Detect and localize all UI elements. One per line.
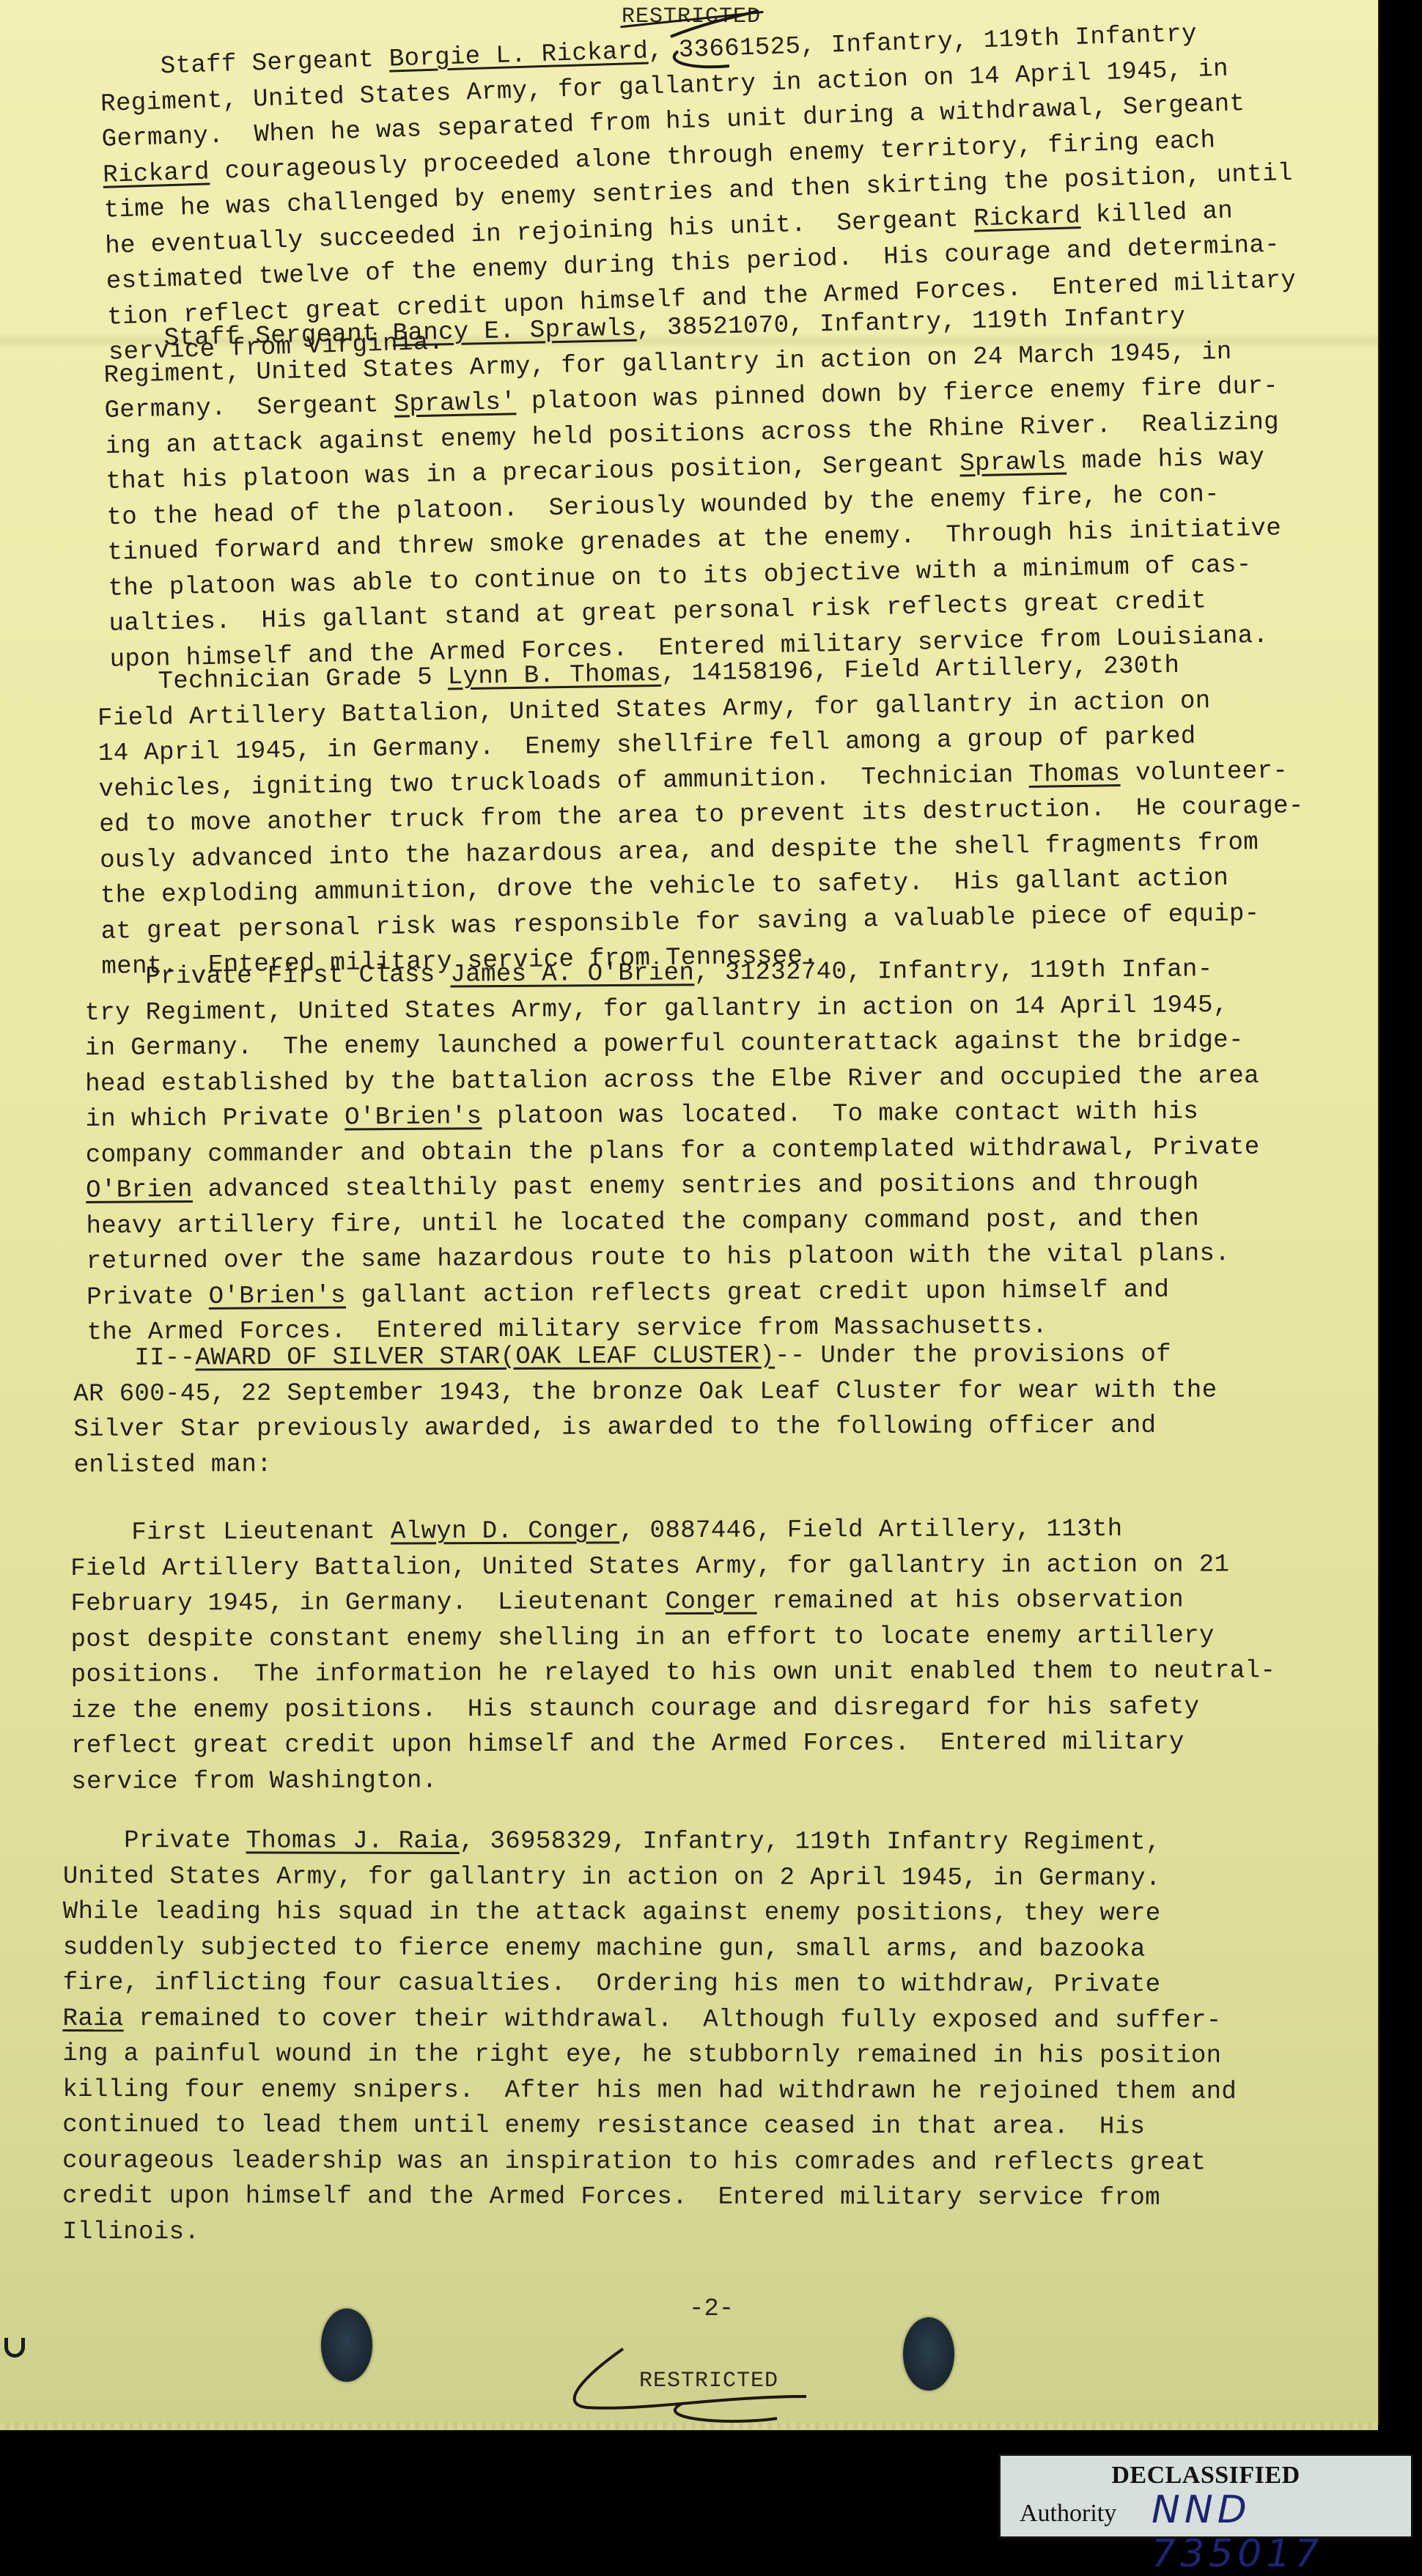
text-line: positions. The information he relayed to… <box>71 1653 1303 1693</box>
document-page: RESTRICTED Staff Sergeant Borgie L. Rick… <box>0 0 1379 2426</box>
citation-paragraph-sprawls: Staff Sergeant Bancy E. Sprawls, 3852107… <box>103 297 1341 678</box>
page-number: -2- <box>689 2295 734 2323</box>
edge-punch-mark <box>4 2338 25 2358</box>
text-line: credit upon himself and the Armed Forces… <box>62 2179 1294 2216</box>
authority-value: NND 735017 <box>1152 2488 1411 2527</box>
text-line: continued to lead them until enemy resis… <box>62 2108 1294 2145</box>
underlined-name: Sprawls' <box>394 388 516 418</box>
declassified-title: DECLASSIFIED <box>1001 2462 1411 2490</box>
punch-hole <box>903 2317 954 2391</box>
punch-hole <box>321 2309 372 2382</box>
citation-paragraph-thomas: Technician Grade 5 Lynn B. Thomas, 14158… <box>97 646 1333 986</box>
text-line: Illinois. <box>62 2214 1294 2251</box>
underlined-name: Sprawls <box>959 449 1066 479</box>
text-line: Raia remained to cover their withdrawal.… <box>62 2001 1294 2038</box>
text-line: post despite constant enemy shelling in … <box>71 1618 1303 1658</box>
underlined-name: Conger <box>666 1588 757 1616</box>
text-line: United States Army, for gallantry in act… <box>63 1859 1294 1897</box>
underlined-name: Thomas <box>1028 760 1120 789</box>
underlined-name: Rickard <box>973 202 1081 234</box>
underlined-name: O'Brien <box>86 1176 193 1205</box>
text-line: enlisted man: <box>74 1444 1305 1483</box>
text-line: Field Artillery Battalion, United States… <box>70 1547 1302 1587</box>
declassified-label: DECLASSIFIED Authority NND 735017 <box>998 2454 1413 2527</box>
underlined-name: Borgie L. Rickard <box>388 37 649 73</box>
text-line: First Lieutenant Alwyn D. Conger, 088744… <box>70 1511 1302 1551</box>
underlined-name: Bancy E. Sprawls <box>392 315 637 348</box>
text-line: suddenly subjected to fierce enemy machi… <box>63 1930 1294 1967</box>
footer-restricted-stamp: RESTRICTED <box>639 2369 778 2394</box>
underlined-name: Rickard <box>103 158 210 190</box>
text-line: courageous leadership was an inspiration… <box>62 2143 1294 2180</box>
underlined-name: Lynn B. Thomas <box>448 660 662 692</box>
underlined-name: O'Brien's <box>209 1282 346 1310</box>
text-line: fire, inflicting four casualties. Orderi… <box>63 1966 1294 2003</box>
underlined-name: Raia <box>63 2004 124 2032</box>
text-line: Private Thomas J. Raia, 36958329, Infant… <box>63 1823 1294 1861</box>
citation-paragraph-obrien: Private First Class James A. O'Brien, 31… <box>84 951 1319 1351</box>
text-line: ize the enemy positions. His staunch cou… <box>71 1689 1303 1729</box>
text-line: AR 600-45, 22 September 1943, the bronze… <box>73 1373 1305 1412</box>
underlined-name: O'Brien's <box>345 1103 482 1132</box>
text-line: ing a painful wound in the right eye, he… <box>62 2037 1294 2074</box>
text-line: While leading his squad in the attack ag… <box>63 1894 1294 1932</box>
section-ii-paragraph: II--AWARD OF SILVER STAR(OAK LEAF CLUSTE… <box>73 1337 1305 1483</box>
underlined-name: AWARD OF SILVER STAR(OAK LEAF CLUSTER) <box>195 1343 775 1373</box>
text-line: February 1945, in Germany. Lieutenant Co… <box>70 1582 1302 1622</box>
underlined-name: Alwyn D. Conger <box>391 1517 619 1546</box>
citation-paragraph-raia: Private Thomas J. Raia, 36958329, Infant… <box>62 1823 1294 2252</box>
underlined-name: Thomas J. Raia <box>246 1827 460 1856</box>
citation-paragraph-conger: First Lieutenant Alwyn D. Conger, 088744… <box>70 1511 1303 1800</box>
text-line: Silver Star previously awarded, is award… <box>73 1408 1305 1447</box>
text-line: reflect great credit upon himself and th… <box>71 1724 1303 1764</box>
authority-label: Authority <box>1020 2500 1116 2527</box>
text-line: II--AWARD OF SILVER STAR(OAK LEAF CLUSTE… <box>73 1337 1305 1376</box>
text-line: service from Washington. <box>71 1760 1303 1800</box>
text-line: killing four enemy snipers. After his me… <box>62 2072 1294 2109</box>
underlined-name: James A. O'Brien <box>450 959 694 989</box>
